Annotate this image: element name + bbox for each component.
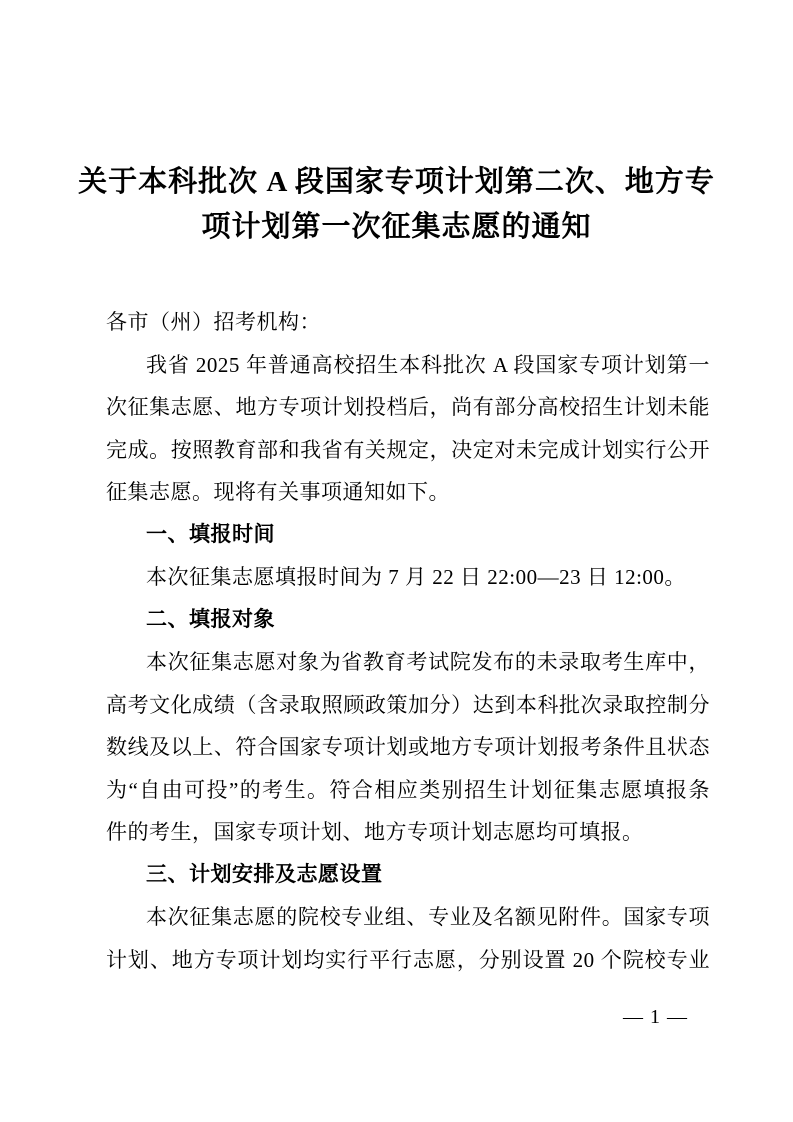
paragraph-1-line-1: 我省 2025 年普通高校招生本科批次 A 段国家专项计划第一 bbox=[106, 344, 710, 387]
paragraph-1-line-3: 完成。按照教育部和我省有关规定，决定对未完成计划实行公开 bbox=[106, 429, 710, 472]
section-2-line-4: 为“自由可投”的考生。符合相应类别招生计划征集志愿填报条 bbox=[106, 769, 710, 812]
paragraph-1-line-4: 征集志愿。现将有关事项通知如下。 bbox=[106, 471, 710, 514]
section-2-line-5: 件的考生，国家专项计划、地方专项计划志愿均可填报。 bbox=[106, 811, 710, 854]
salutation: 各市（州）招考机构： bbox=[106, 301, 710, 344]
section-2-line-2: 高考文化成绩（含录取照顾政策加分）达到本科批次录取控制分 bbox=[106, 684, 710, 727]
document-title-line-1: 关于本科批次 A 段国家专项计划第二次、地方专 bbox=[40, 160, 753, 205]
document-title: 关于本科批次 A 段国家专项计划第二次、地方专 项计划第一次征集志愿的通知 bbox=[40, 160, 753, 250]
section-1-line-1: 本次征集志愿填报时间为 7 月 22 日 22:00—23 日 12:00。 bbox=[106, 556, 710, 599]
document-body: 各市（州）招考机构： 我省 2025 年普通高校招生本科批次 A 段国家专项计划… bbox=[106, 301, 710, 981]
section-heading-2: 二、填报对象 bbox=[106, 599, 710, 642]
paragraph-1-line-2: 次征集志愿、地方专项计划投档后，尚有部分高校招生计划未能 bbox=[106, 386, 710, 429]
section-heading-3: 三、计划安排及志愿设置 bbox=[106, 854, 710, 897]
section-heading-1: 一、填报时间 bbox=[106, 514, 710, 557]
section-2-line-1: 本次征集志愿对象为省教育考试院发布的未录取考生库中， bbox=[106, 641, 710, 684]
document-title-line-2: 项计划第一次征集志愿的通知 bbox=[40, 205, 753, 250]
section-3-line-1: 本次征集志愿的院校专业组、专业及名额见附件。国家专项 bbox=[106, 896, 710, 939]
section-3-line-2: 计划、地方专项计划均实行平行志愿，分别设置 20 个院校专业 bbox=[106, 939, 710, 982]
document-page: 关于本科批次 A 段国家专项计划第二次、地方专 项计划第一次征集志愿的通知 各市… bbox=[0, 0, 793, 1122]
page-number: — 1 — bbox=[623, 1004, 688, 1030]
section-2-line-3: 数线及以上、符合国家专项计划或地方专项计划报考条件且状态 bbox=[106, 726, 710, 769]
